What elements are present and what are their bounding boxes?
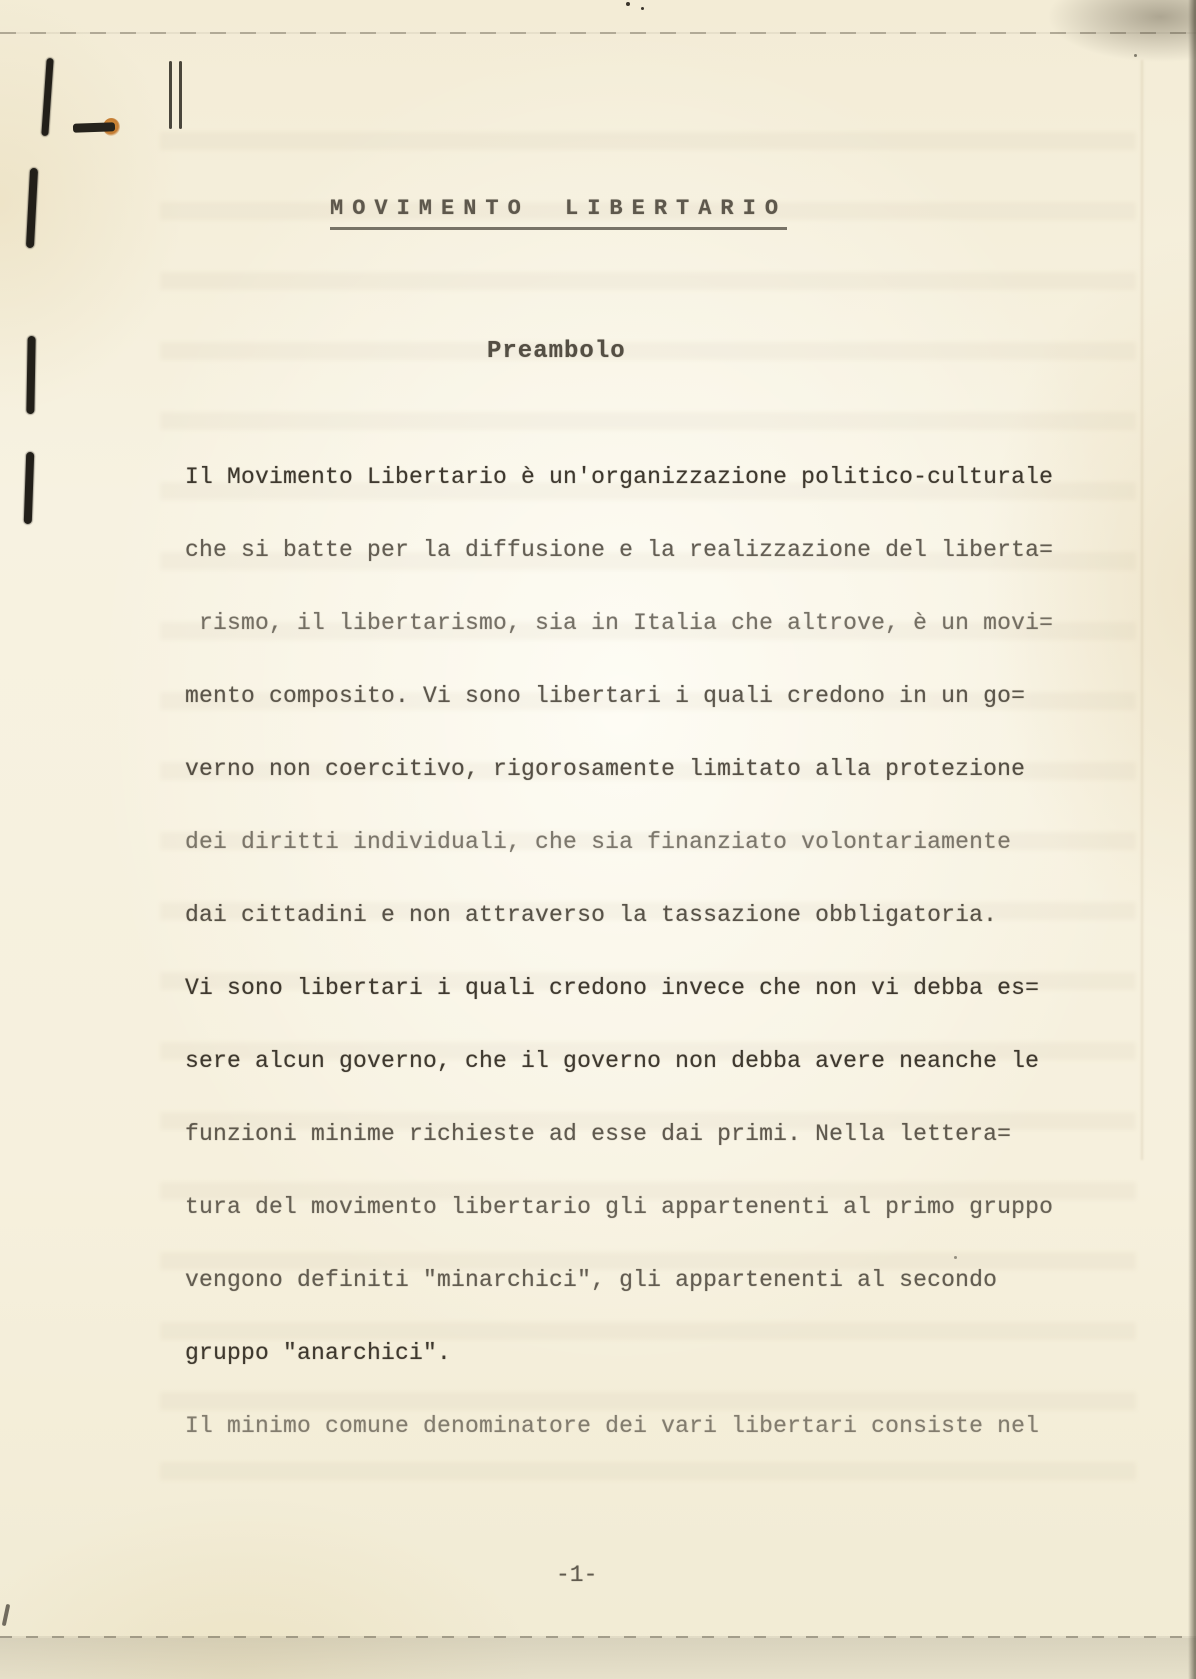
body-line: sere alcun governo, che il governo non d…: [185, 1046, 1085, 1119]
paper-crease: [1141, 60, 1143, 1160]
body-line: mento composito. Vi sono libertari i qua…: [185, 681, 1085, 754]
ink-speck: [641, 7, 644, 10]
pen-tick-mark-right: [179, 61, 182, 129]
document-subtitle: Preambolo: [487, 338, 626, 365]
staple-mark-3: [26, 336, 35, 414]
body-line: verno non coercitivo, rigorosamente limi…: [185, 754, 1085, 827]
document-body: Il Movimento Libertario è un'organizzazi…: [185, 462, 1085, 1484]
body-line: dei diritti individuali, che sia finanzi…: [185, 827, 1085, 900]
ink-speck: [1134, 54, 1137, 57]
top-fold-line: [0, 32, 1196, 34]
document-title-text: MOVIMENTO LIBERTARIO: [330, 196, 787, 230]
body-line: dai cittadini e non attraverso la tassaz…: [185, 900, 1085, 973]
right-edge-shadow: [1188, 0, 1196, 1679]
body-line: Vi sono libertari i quali credono invece…: [185, 973, 1085, 1046]
body-line: vengono definiti "minarchici", gli appar…: [185, 1265, 1085, 1338]
body-line: tura del movimento libertario gli appart…: [185, 1192, 1085, 1265]
body-line: rismo, il libertarismo, sia in Italia ch…: [185, 608, 1085, 681]
body-line: Il minimo comune denominatore dei vari l…: [185, 1411, 1085, 1484]
body-line: gruppo "anarchici".: [185, 1338, 1085, 1411]
body-line: Il Movimento Libertario è un'organizzazi…: [185, 462, 1085, 535]
body-line: funzioni minime richieste ad esse dai pr…: [185, 1119, 1085, 1192]
pen-tick-mark-left: [169, 61, 172, 129]
document-title: MOVIMENTO LIBERTARIO: [330, 196, 787, 230]
bottom-edge-band: [0, 1638, 1196, 1679]
body-line: che si batte per la diffusione e la real…: [185, 535, 1085, 608]
page-number: -1-: [556, 1562, 597, 1588]
ink-speck: [626, 2, 630, 6]
binding-dash-mark: [73, 122, 115, 132]
